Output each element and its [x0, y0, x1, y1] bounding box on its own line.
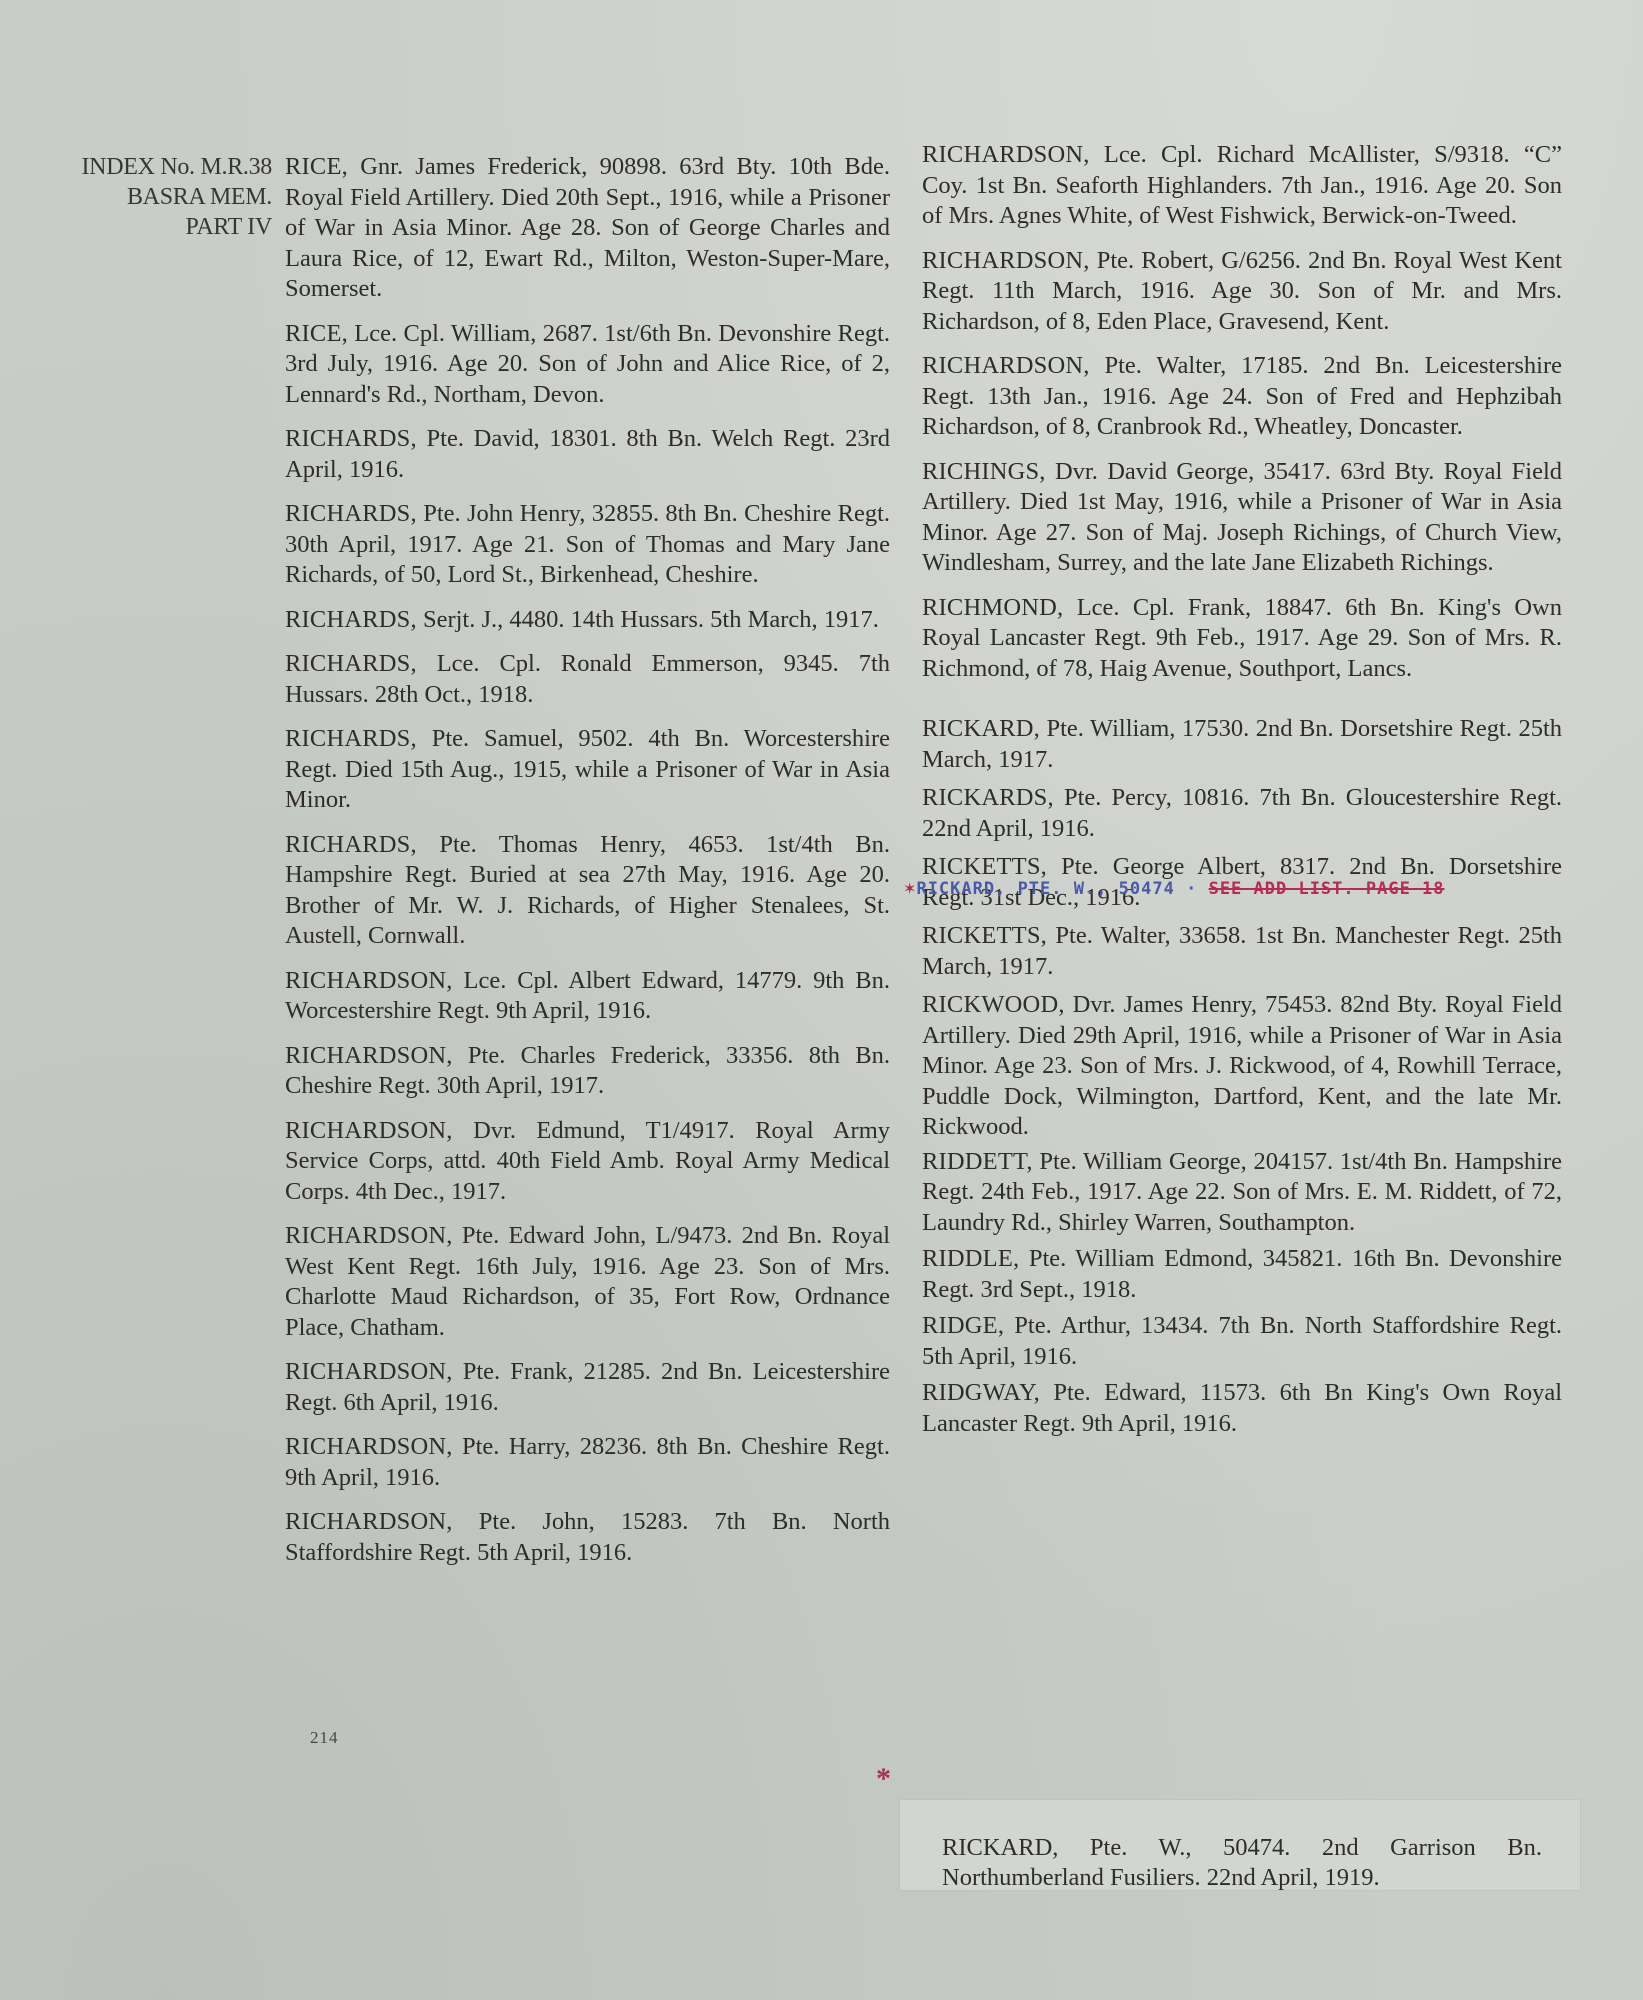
entry-surname: RICHARDSON, [922, 141, 1090, 168]
entry-surname: RICHARDS, [285, 500, 417, 527]
register-entry: RICHARDS, Pte. Thomas Henry, 4653. 1st/4… [285, 830, 890, 952]
entry-surname: RICHARDSON, [285, 1358, 453, 1385]
register-entry: RICHARDSON, Pte. Walter, 17185. 2nd Bn. … [922, 351, 1562, 443]
addendum-entry: RICKARD, Pte. W., 50474. 2nd Garrison Bn… [942, 1833, 1542, 1893]
register-entry: RICHARDS, Pte. Samuel, 9502. 4th Bn. Wor… [285, 724, 890, 816]
handwritten-annotation: ✶RICKARD, PTE. W., 50474 · SEE ADD LIST.… [904, 877, 1445, 899]
entry-surname: RICHARDS, [285, 425, 417, 452]
register-entry: RICHARDSON, Pte. Robert, G/6256. 2nd Bn.… [922, 246, 1562, 338]
index-number: INDEX No. M.R.38 [22, 152, 272, 182]
memorial-register-page: INDEX No. M.R.38 BASRA MEM. PART IV RICE… [0, 0, 1643, 2000]
entry-surname: RICE, [285, 320, 348, 347]
entry-surname: RICHARDS, [285, 831, 417, 858]
register-entry: RICHARDSON, Pte. Harry, 28236. 8th Bn. C… [285, 1432, 890, 1493]
entry-surname: RICKARD, [942, 1834, 1058, 1861]
register-entry: RICKWOOD, Dvr. James Henry, 75453. 82nd … [922, 990, 1562, 1143]
right-column: RICHARDSON, Lce. Cpl. Richard McAllister… [922, 140, 1562, 1453]
register-entry: RICHINGS, Dvr. David George, 35417. 63rd… [922, 457, 1562, 579]
entry-details: Gnr. James Frederick, 90898. 63rd Bty. 1… [285, 153, 890, 302]
register-entry: RICHARDS, Pte. David, 18301. 8th Bn. Wel… [285, 424, 890, 485]
register-entry: RICHARDSON, Lce. Cpl. Richard McAllister… [922, 140, 1562, 232]
register-entry: RIDGE, Pte. Arthur, 13434. 7th Bn. North… [922, 1311, 1562, 1372]
entry-details: Lce. Cpl. William, 2687. 1st/6th Bn. Dev… [285, 320, 890, 408]
memorial-name: BASRA MEM. [22, 182, 272, 212]
register-entry: RICE, Lce. Cpl. William, 2687. 1st/6th B… [285, 319, 890, 411]
register-entry: RIDDLE, Pte. William Edmond, 345821. 16t… [922, 1244, 1562, 1305]
entry-surname: RICKETTS, [922, 853, 1047, 880]
left-column: RICE, Gnr. James Frederick, 90898. 63rd … [285, 152, 890, 1582]
entry-surname: RICHINGS, [922, 458, 1046, 485]
entry-details: Serjt. J., 4480. 14th Hussars. 5th March… [423, 606, 879, 633]
register-entry: RICHARDS, Lce. Cpl. Ronald Emmerson, 934… [285, 649, 890, 710]
entry-surname: RICHARDSON, [285, 1042, 453, 1069]
entry-surname: RICHARDSON, [285, 1508, 453, 1535]
asterisk-icon: * [876, 1762, 891, 1796]
entry-surname: RICKETTS, [922, 922, 1047, 949]
register-entry: RICKARD, Pte. William, 17530. 2nd Bn. Do… [922, 714, 1562, 775]
entry-surname: RICHMOND, [922, 594, 1063, 621]
register-entry: RICHARDSON, Pte. Frank, 21285. 2nd Bn. L… [285, 1357, 890, 1418]
asterisk-mark-icon: ✶ [904, 877, 916, 899]
entry-surname: RICHARDSON, [285, 1117, 453, 1144]
register-entry: RIDGWAY, Pte. Edward, 11573. 6th Bn King… [922, 1378, 1562, 1439]
entry-surname: RICKARD, [922, 715, 1040, 742]
entry-surname: RICHARDS, [285, 606, 417, 633]
register-entry: RICHARDSON, Pte. John, 15283. 7th Bn. No… [285, 1507, 890, 1568]
entry-surname: RICHARDSON, [922, 247, 1090, 274]
page-number: 214 [310, 1728, 339, 1748]
entry-surname: RIDGE, [922, 1312, 1004, 1339]
register-entry: RICHARDSON, Lce. Cpl. Albert Edward, 147… [285, 966, 890, 1027]
entry-surname: RICHARDSON, [285, 1222, 453, 1249]
register-entry: RICE, Gnr. James Frederick, 90898. 63rd … [285, 152, 890, 305]
register-entry: RICHMOND, Lce. Cpl. Frank, 18847. 6th Bn… [922, 593, 1562, 685]
register-entry: RIDDETT, Pte. William George, 204157. 1s… [922, 1147, 1562, 1239]
entry-surname: RIDGWAY, [922, 1379, 1040, 1406]
register-entry: RICHARDSON, Pte. Charles Frederick, 3335… [285, 1041, 890, 1102]
entry-surname: RICKARDS, [922, 784, 1054, 811]
entry-surname: RICKWOOD, [922, 991, 1065, 1018]
register-entry: RICKARDS, Pte. Percy, 10816. 7th Bn. Glo… [922, 783, 1562, 844]
register-entry: RICHARDSON, Dvr. Edmund, T1/4917. Royal … [285, 1116, 890, 1208]
entry-details: Pte. Arthur, 13434. 7th Bn. North Staffo… [922, 1312, 1562, 1370]
register-entry: RICKETTS, Pte. Walter, 33658. 1st Bn. Ma… [922, 921, 1562, 982]
register-entry: RICHARDS, Serjt. J., 4480. 14th Hussars.… [285, 605, 890, 636]
annotation-blue-text: RICKARD, PTE. W., 50474 · [916, 879, 1197, 899]
entry-surname: RIDDLE, [922, 1245, 1019, 1272]
entry-surname: RIDDETT, [922, 1148, 1033, 1175]
entry-surname: RICHARDSON, [922, 352, 1090, 379]
annotation-red-crossed-text: SEE ADD LIST. PAGE 18 [1209, 879, 1445, 899]
entry-surname: RICHARDS, [285, 650, 417, 677]
part-number: PART IV [22, 212, 272, 242]
entry-surname: RICHARDS, [285, 725, 417, 752]
pasted-addendum-slip: RICKARD, Pte. W., 50474. 2nd Garrison Bn… [900, 1800, 1580, 1890]
index-margin-label: INDEX No. M.R.38 BASRA MEM. PART IV [22, 152, 272, 242]
register-entry: RICHARDSON, Pte. Edward John, L/9473. 2n… [285, 1221, 890, 1343]
entry-surname: RICHARDSON, [285, 967, 453, 994]
entry-surname: RICHARDSON, [285, 1433, 453, 1460]
register-entry: RICHARDS, Pte. John Henry, 32855. 8th Bn… [285, 499, 890, 591]
entry-surname: RICE, [285, 153, 348, 180]
